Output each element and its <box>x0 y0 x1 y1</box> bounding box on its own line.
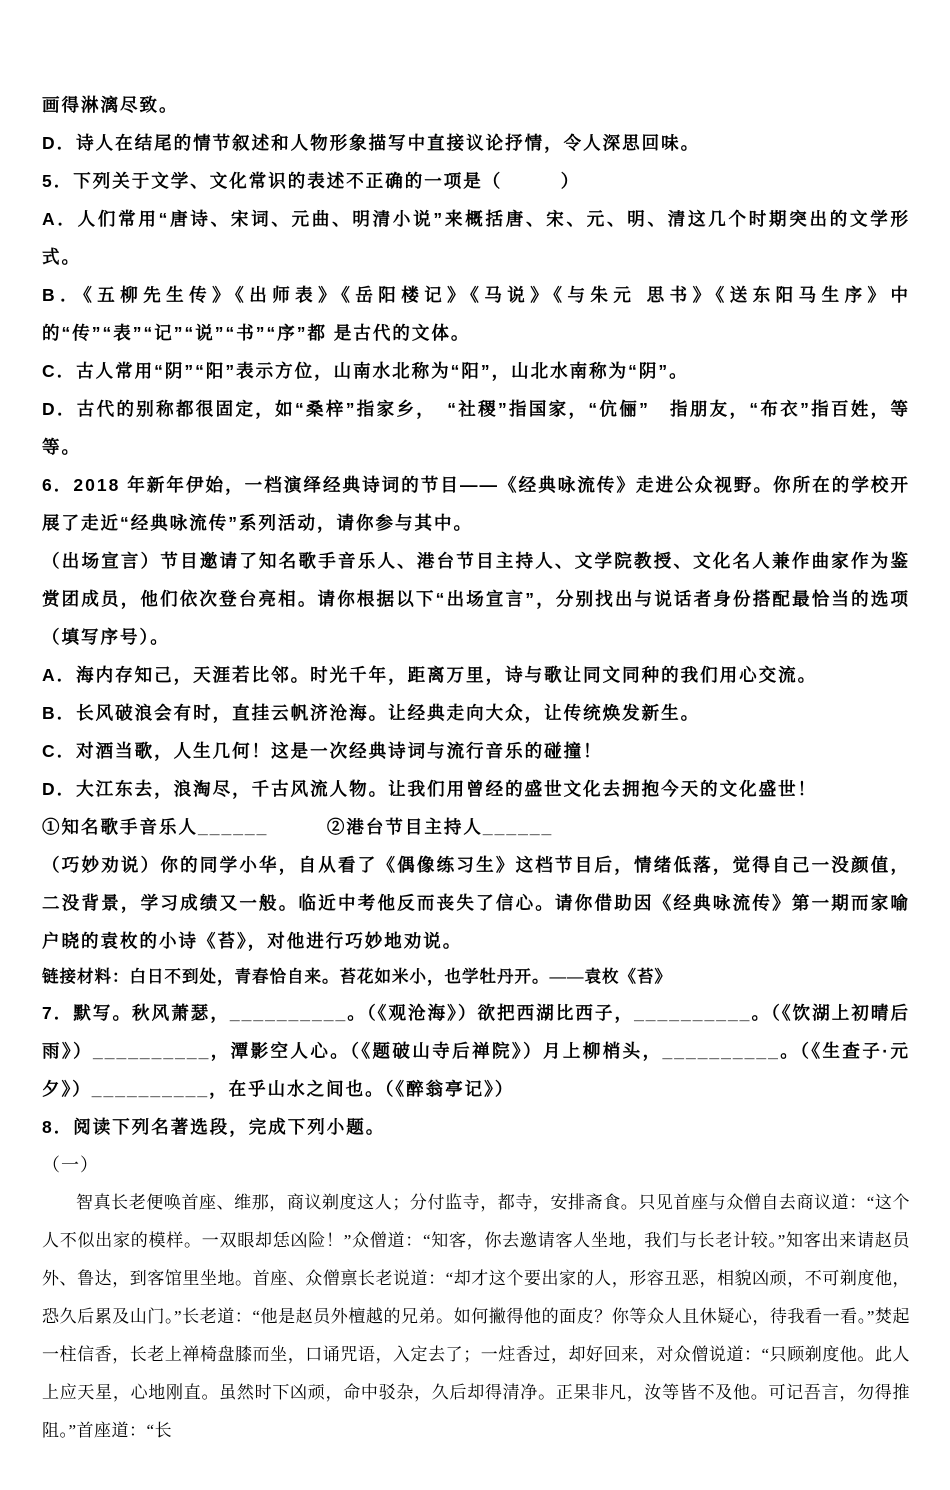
question-7-dictation: 7．默写。秋风萧瑟，__________。（《观沧海》）欲把西湖比西子，____… <box>42 994 910 1108</box>
option-5-c: C．古人常用“阴”“阳”表示方位，山南水北称为“阳”，山北水南称为“阴”。 <box>42 352 910 390</box>
continuation-line: 画得淋漓尽致。 <box>42 86 910 124</box>
option-6-c: C．对酒当歌，人生几何！这是一次经典诗词与流行音乐的碰撞！ <box>42 732 910 770</box>
linked-material-line: 链接材料：白日不到处，青春恰自来。苔花如米小，也学牡丹开。——袁枚《苔》 <box>42 960 910 994</box>
passage-text: 智真长老便唤首座、维那，商议剃度这人；分付监寺，都寺，安排斋食。只见首座与众僧自… <box>42 1184 910 1450</box>
option-6-d: D．大江东去，浪淘尽，千古风流人物。让我们用曾经的盛世文化去拥抱今天的文化盛世！ <box>42 770 910 808</box>
option-4-d: D．诗人在结尾的情节叙述和人物形象描写中直接议论抒情，令人深思回味。 <box>42 124 910 162</box>
option-6-a: A．海内存知己，天涯若比邻。时光千年，距离万里，诗与歌让同文同种的我们用心交流。 <box>42 656 910 694</box>
option-5-b: B．《五柳先生传》《出师表》《岳阳楼记》《马说》《与朱元 思书》《送东阳马生序》… <box>42 276 910 352</box>
question-8-stem: 8．阅读下列名著选段，完成下列小题。 <box>42 1108 910 1146</box>
option-5-a: A．人们常用“唐诗、宋词、元曲、明清小说”来概括唐、宋、元、明、清这几个时期突出… <box>42 200 910 276</box>
exam-document-page: 画得淋漓尽致。 D．诗人在结尾的情节叙述和人物形象描写中直接议论抒情，令人深思回… <box>0 0 950 1490</box>
question-6-persuasion-task: （巧妙劝说）你的同学小华，自从看了《偶像练习生》这档节目后，情绪低落，觉得自己一… <box>42 846 910 960</box>
passage-label: （一） <box>42 1146 910 1184</box>
option-6-b: B．长风破浪会有时，直挂云帆济沧海。让经典走向大众，让传统焕发新生。 <box>42 694 910 732</box>
question-6-declaration-intro: （出场宣言）节目邀请了知名歌手音乐人、港台节目主持人、文学院教授、文化名人兼作曲… <box>42 542 910 656</box>
option-5-d: D．古代的别称都很固定，如“桑梓”指家乡， “社稷”指国家，“伉俪” 指朋友，“… <box>42 390 910 466</box>
question-6-blank-line: ①知名歌手音乐人______ ②港台节目主持人______ <box>42 808 910 846</box>
question-6-stem: 6．2018 年新年伊始，一档演绎经典诗词的节目——《经典咏流传》走进公众视野。… <box>42 466 910 542</box>
question-5-stem: 5．下列关于文学、文化常识的表述不正确的一项是（ ） <box>42 162 910 200</box>
